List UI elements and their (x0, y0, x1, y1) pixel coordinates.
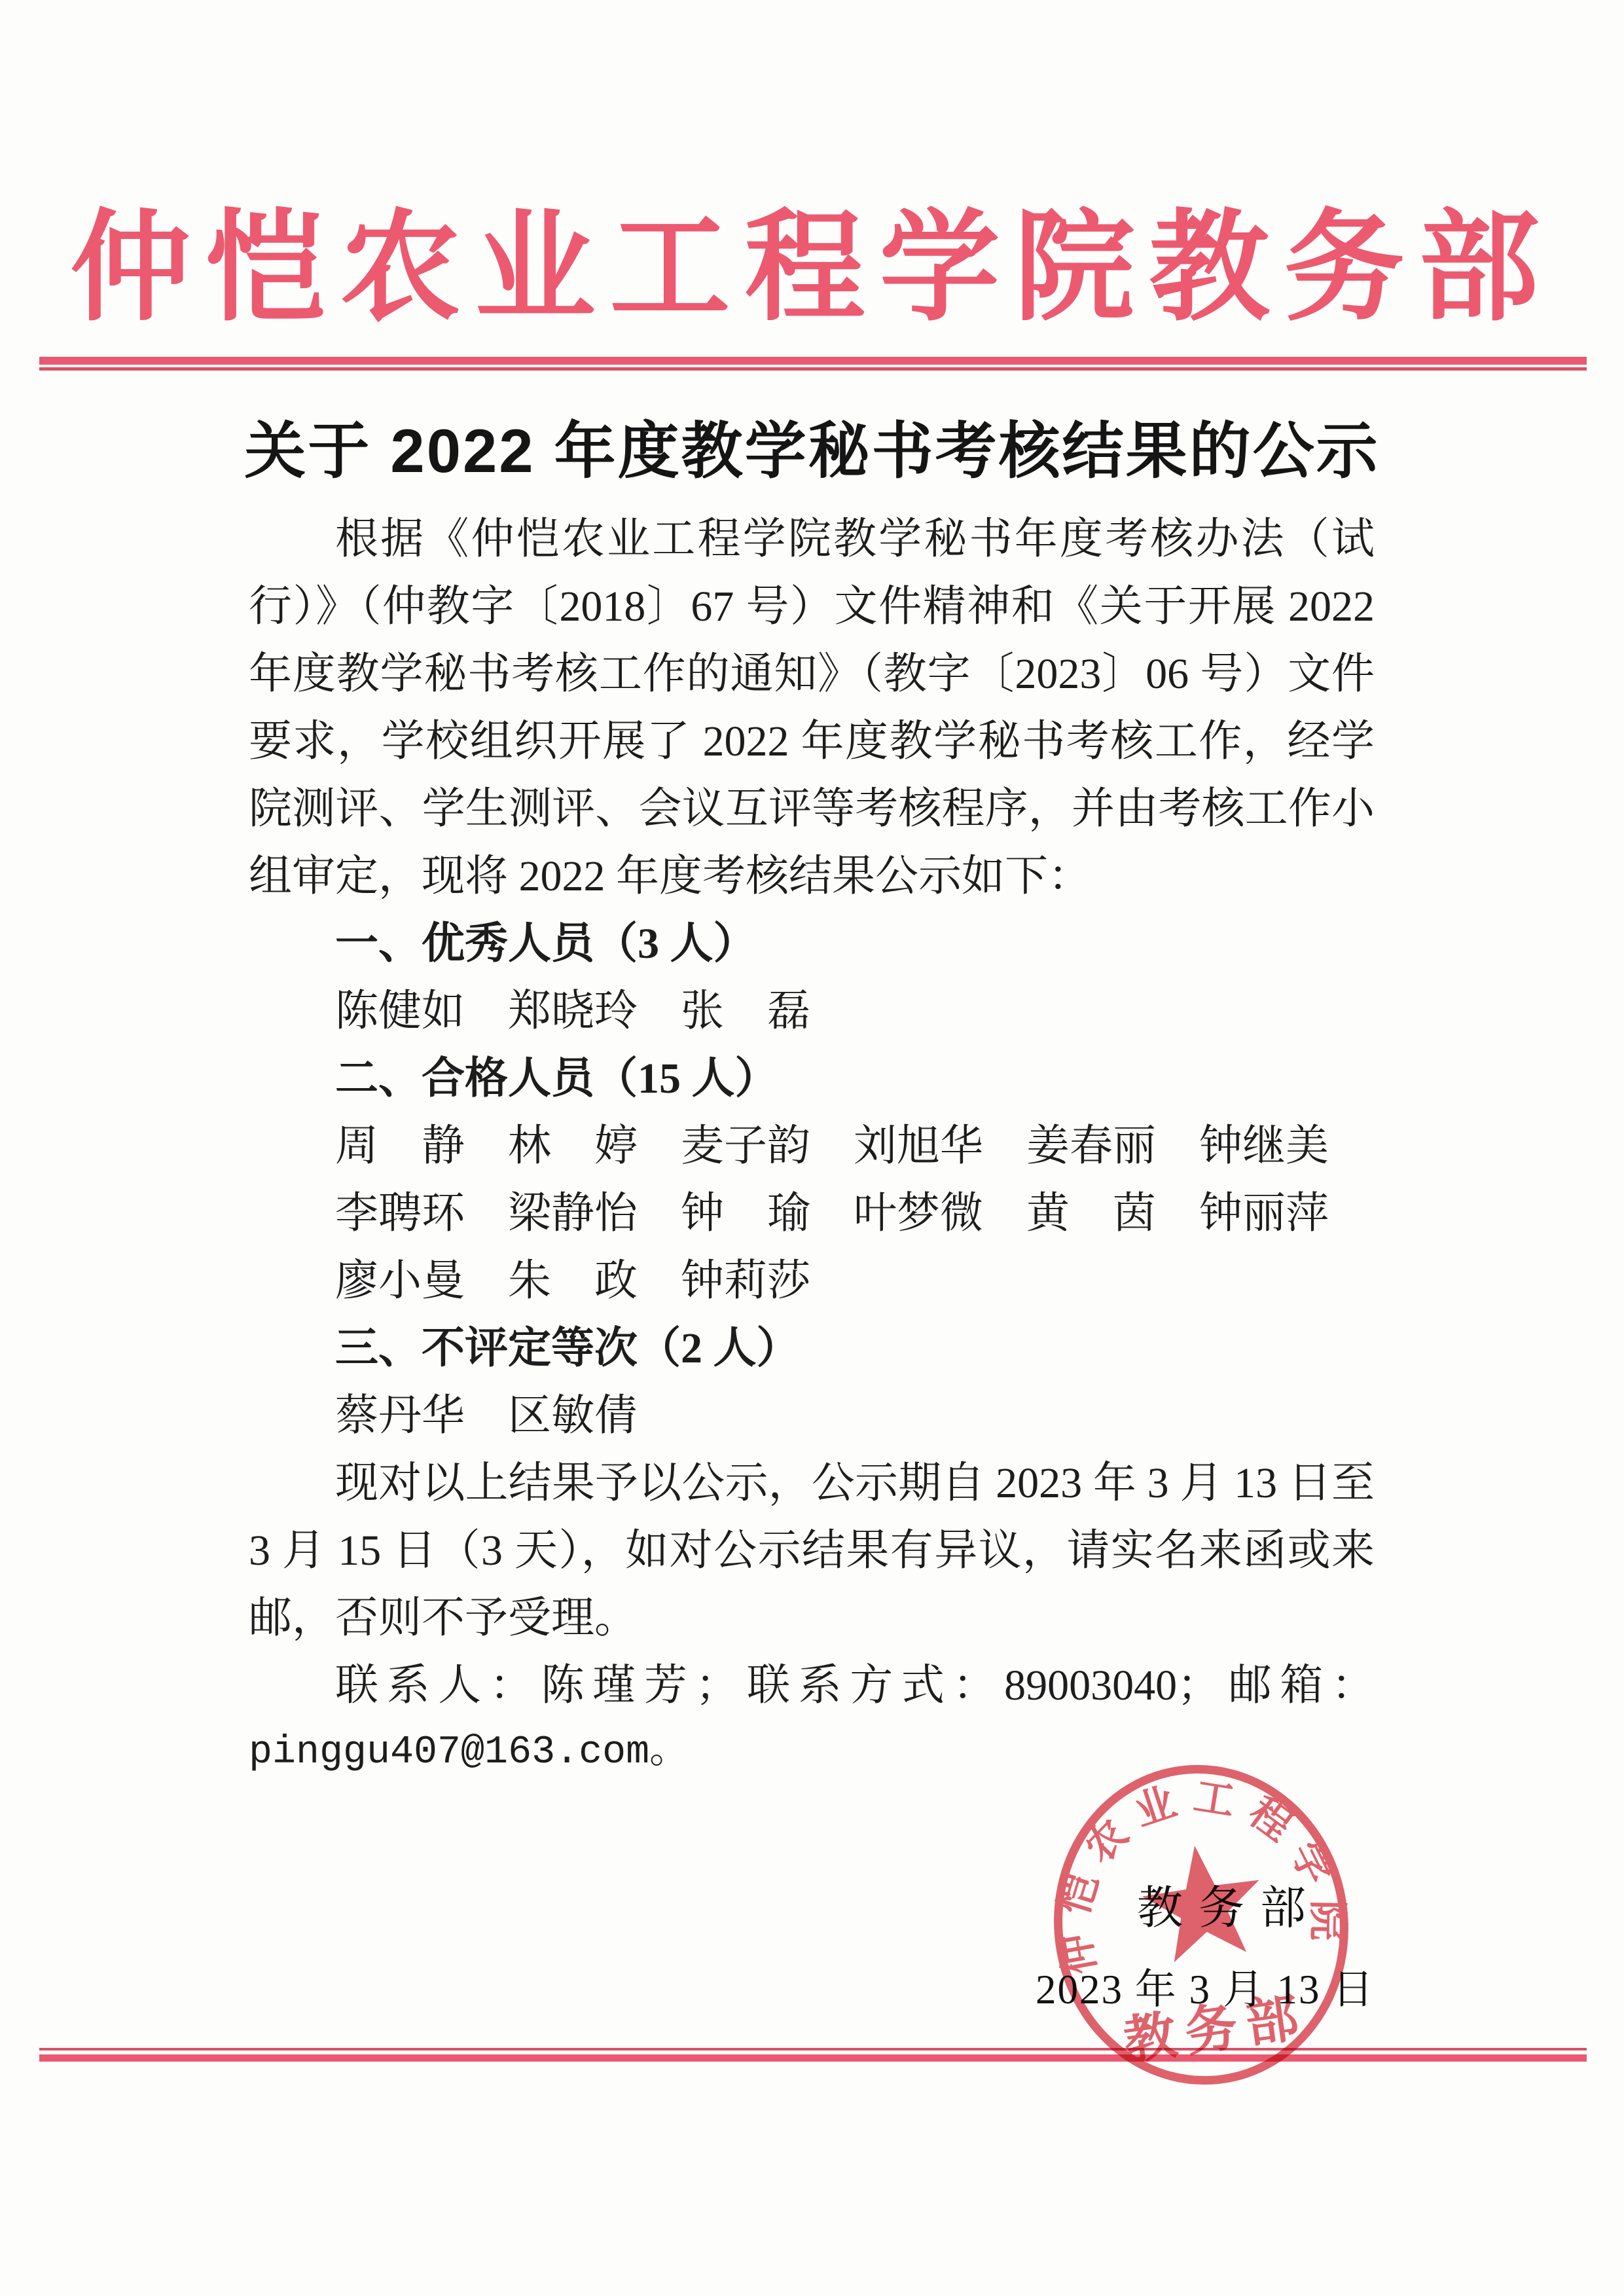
footer-rule-thick (39, 2054, 1587, 2062)
official-stamp: 仲恺农业工程学院 教务部 (1047, 1762, 1355, 2090)
contact-line: 联系人：陈瑾芳；联系方式：89003040；邮箱： (249, 1652, 1375, 1719)
document-title: 关于 2022 年度教学秘书考核结果的公示 (0, 415, 1624, 487)
header-rule-thick (39, 357, 1587, 365)
intro-line-1: 根据《仲恺农业工程学院教学秘书年度考核办法（试 (249, 505, 1375, 573)
names-qualified-1: 周 静 林 婷 麦子韵 刘旭华 姜春丽 钟继美 (249, 1112, 1375, 1180)
names-unrated: 蔡丹华 区敏倩 (249, 1382, 1375, 1449)
letterhead-title: 仲恺农业工程学院教务部 (0, 203, 1624, 334)
footer-rule-thin (39, 2048, 1587, 2050)
intro-line-6: 组审定，现将 2022 年度考核结果公示如下： (249, 843, 1375, 910)
heading-excellent: 一、优秀人员（3 人） (249, 910, 1375, 977)
names-excellent: 陈健如 郑晓玲 张 磊 (249, 977, 1375, 1045)
stamp-star-icon (1136, 1838, 1269, 1965)
closing-line-1: 现对以上结果予以公示，公示期自 2023 年 3 月 13 日至 (249, 1449, 1375, 1517)
closing-line-3: 邮，否则不予受理。 (249, 1584, 1375, 1652)
names-qualified-3: 廖小曼 朱 政 钟莉莎 (249, 1247, 1375, 1315)
names-qualified-2: 李聘环 梁静怡 钟 瑜 叶梦微 黄 茵 钟丽萍 (249, 1180, 1375, 1247)
intro-line-2: 行）》（仲教字〔2018〕67 号）文件精神和《关于开展 2022 (249, 573, 1375, 640)
intro-line-4: 要求，学校组织开展了 2022 年度教学秘书考核工作，经学 (249, 708, 1375, 775)
intro-line-3: 年度教学秘书考核工作的通知》（教字〔2023〕06 号）文件 (249, 640, 1375, 708)
header-rule-thin (39, 367, 1587, 371)
closing-line-2: 3 月 15 日（3 天），如对公示结果有异议，请实名来函或来 (249, 1517, 1375, 1584)
intro-line-5: 院测评、学生测评、会议互评等考核程序，并由考核工作小 (249, 775, 1375, 843)
document-body: 根据《仲恺农业工程学院教学秘书年度考核办法（试 行）》（仲教字〔2018〕67 … (249, 505, 1375, 1787)
document-page: 仲恺农业工程学院教务部 关于 2022 年度教学秘书考核结果的公示 根据《仲恺农… (0, 0, 1624, 2296)
heading-qualified: 二、合格人员（15 人） (249, 1045, 1375, 1112)
heading-unrated: 三、不评定等次（2 人） (249, 1315, 1375, 1382)
